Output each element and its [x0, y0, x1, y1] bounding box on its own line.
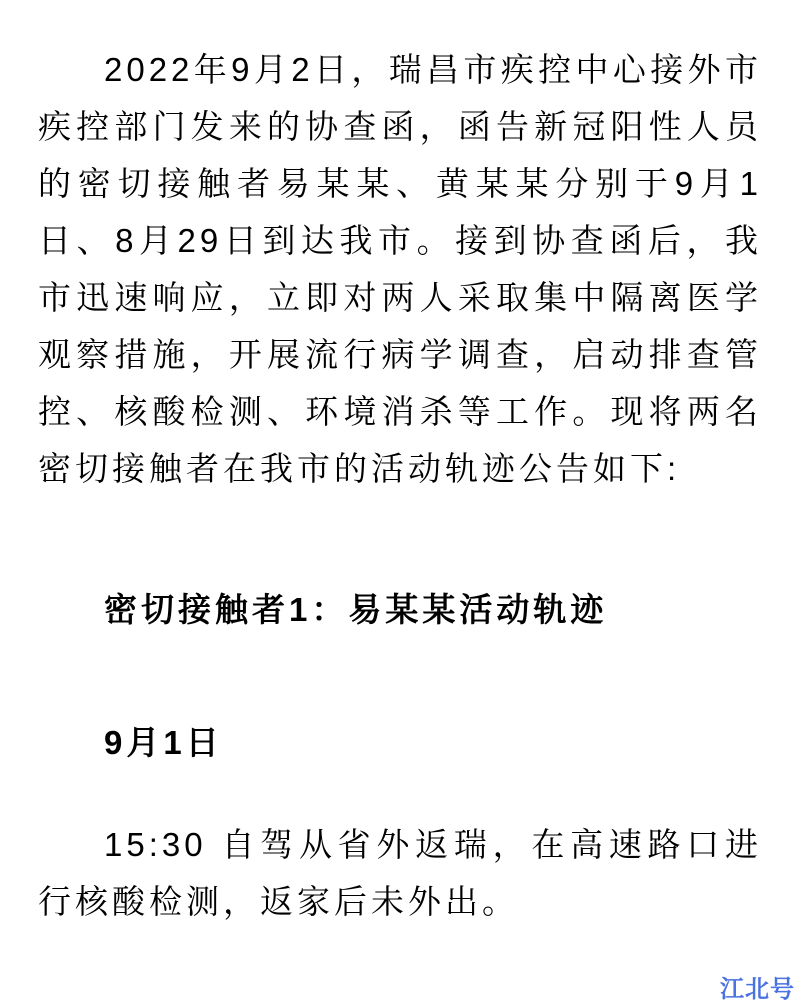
date-heading: 9月1日 — [38, 714, 762, 771]
contact-1-heading: 密切接触者1：易某某活动轨迹 — [38, 581, 762, 638]
article-page: 2022年9月2日，瑞昌市疾控中心接外市疾控部门发来的协查函，函告新冠阳性人员的… — [0, 0, 800, 1008]
watermark-jiangbeihao: 江北号 — [720, 978, 795, 1002]
intro-paragraph: 2022年9月2日，瑞昌市疾控中心接外市疾控部门发来的协查函，函告新冠阳性人员的… — [38, 41, 762, 497]
activity-paragraph: 15:30 自驾从省外返瑞，在高速路口进行核酸检测，返家后未外出。 — [38, 816, 762, 930]
